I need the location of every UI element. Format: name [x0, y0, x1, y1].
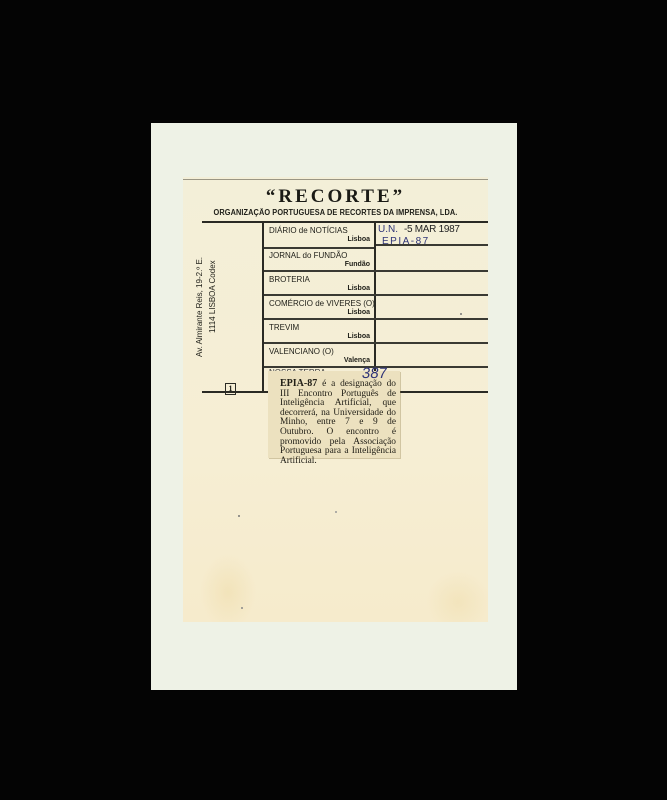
page-number-box: 1 — [225, 383, 236, 395]
top-rule — [183, 179, 488, 180]
publication-name: JORNAL do FUNDÃO — [269, 251, 347, 260]
publication-name: VALENCIANO (O) — [269, 347, 334, 356]
publication-city: Fundão — [345, 261, 370, 268]
newspaper-clipping: 387 EPIA-87 é a designação do III Encont… — [268, 371, 400, 458]
publication-city: Lisboa — [347, 309, 370, 316]
publication-city: Valença — [344, 357, 370, 364]
publication-name: DIÁRIO de NOTÍCIAS — [269, 226, 348, 235]
publication-row: COMÉRCIO de VIVERES (O) Lisboa — [264, 296, 374, 319]
publication-row: BROTERIA Lisboa — [264, 272, 374, 295]
clipping-body: é a designação do III Encontro Português… — [280, 379, 396, 466]
handwritten-code: U.N. — [378, 224, 398, 235]
address-line-1: Av. Almirante Reis, 19-2.º E. — [195, 257, 204, 357]
publication-row: JORNAL do FUNDÃO Fundão — [264, 248, 374, 271]
brand-title: “RECORTE” — [183, 186, 488, 208]
handwritten-code-and-date: U.N.-5 MAR 1987 — [378, 224, 460, 235]
paper-speck — [335, 511, 337, 513]
clipping-text: EPIA-87 é a designação do III Encontro P… — [280, 379, 396, 466]
date-stamp: -5 MAR 1987 — [404, 224, 460, 235]
address-block: Av. Almirante Reis, 19-2.º E. 1114 LISBO… — [195, 225, 215, 375]
publication-city: Lisboa — [347, 333, 370, 340]
clipping-headline: EPIA-87 — [280, 378, 317, 389]
publication-row: VALENCIANO (O) Valença — [264, 344, 374, 367]
publication-city: Lisboa — [347, 285, 370, 292]
paper-speck — [460, 313, 462, 315]
publication-name: BROTERIA — [269, 275, 310, 284]
publication-row: DIÁRIO de NOTÍCIAS Lisboa — [264, 223, 374, 246]
paper-speck — [238, 515, 240, 517]
publication-city: Lisboa — [347, 236, 370, 243]
publication-row: TREVIM Lisboa — [264, 320, 374, 343]
publication-name: TREVIM — [269, 323, 299, 332]
organization-name: ORGANIZAÇÃO PORTUGUESA DE RECORTES DA IM… — [195, 208, 476, 217]
address-line-2: 1114 LISBOA Codex — [208, 260, 217, 333]
publication-name: COMÉRCIO de VIVERES (O) — [269, 299, 375, 308]
paper-speck — [241, 607, 243, 609]
handwritten-subject: EPIA-87 — [382, 236, 430, 247]
